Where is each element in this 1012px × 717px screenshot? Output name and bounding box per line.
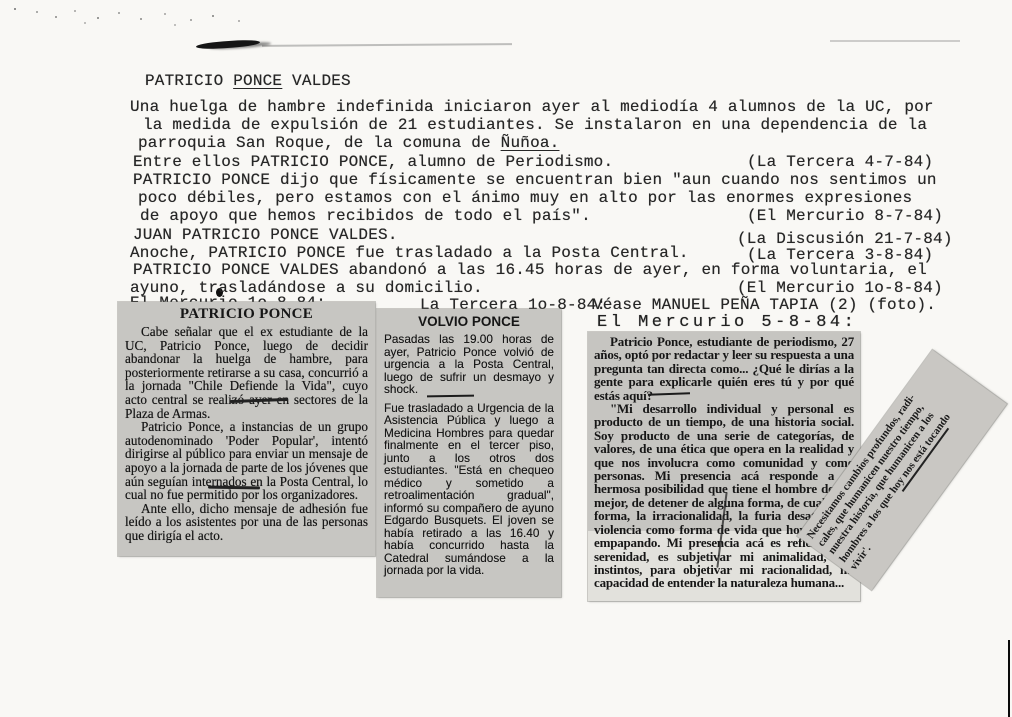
typed-line: Anoche, PATRICIO PONCE fue trasladado a …: [130, 244, 689, 262]
source-citation: (El Mercurio 1o-8-84): [737, 279, 943, 297]
clipping-paragraph: "Mi desarrollo individual y personal es …: [594, 402, 854, 590]
typed-line: JUAN PATRICIO PONCE VALDES.: [133, 226, 398, 244]
page-title-post: VALDES: [282, 72, 351, 90]
clipping-paragraph: Fue trasladado a Urgencia de la Asistenc…: [384, 402, 554, 577]
ink-streak-top-right: [830, 40, 960, 42]
clipping-paragraph: Cabe señalar que el ex estudiante de la …: [125, 325, 368, 420]
ink-streak-top: [262, 43, 512, 47]
typed-line: poco débiles, pero estamos con el ánimo …: [138, 189, 912, 207]
scan-edge-line: [1008, 640, 1010, 717]
ink-smudge-top: [196, 39, 260, 50]
clipping-headline: PATRICIO PONCE: [125, 306, 368, 323]
typed-line: de apoyo que hemos recibidos de todo el …: [140, 207, 591, 225]
clipping-headline: VOLVIO PONCE: [384, 314, 554, 329]
page-title: PATRICIO PONCE VALDES: [145, 72, 351, 90]
source-citation: (La Tercera 4-7-84): [747, 153, 933, 171]
page-title-pre: PATRICIO: [145, 72, 233, 90]
typed-line: la medida de expulsión de 21 estudiantes…: [143, 116, 927, 134]
scanned-press-archive-page: { "colors": { "paper": "#f9f8f5", "clipp…: [0, 0, 1012, 717]
clipping-paragraph: Ante ello, dicho mensaje de adhesión fue…: [125, 502, 368, 543]
clipping-paragraph: Pasadas las 19.00 horas de ayer, Patrici…: [384, 333, 554, 396]
page-title-underlined: PONCE: [233, 72, 282, 90]
typed-line-underlined: Ñuñoa.: [501, 134, 560, 152]
ref-vease: Véase MANUEL PEÑA TAPIA (2) (foto).: [593, 296, 936, 314]
typed-line: PATRICIO PONCE dijo que físicamente se e…: [133, 171, 937, 189]
clipping-el-mercurio-interview: Patricio Ponce, estudiante de periodismo…: [588, 332, 860, 601]
clipping-paragraph: Patricio Ponce, estudiante de periodismo…: [594, 335, 854, 402]
clipping-patricio-ponce: PATRICIO PONCE Cabe señalar que el ex es…: [118, 302, 375, 556]
clipping-source-heading: El Mercurio 5-8-84:: [597, 313, 857, 333]
scan-speckles: [14, 8, 16, 10]
typed-line: parroquia San Roque, de la comuna de Ñuñ…: [138, 134, 559, 152]
typed-line-pre: parroquia San Roque, de la comuna de: [138, 134, 501, 152]
typed-line: Una huelga de hambre indefinida iniciaro…: [130, 98, 934, 116]
typed-line: PATRICIO PONCE VALDES abandonó a las 16.…: [133, 261, 927, 279]
source-citation: (El Mercurio 8-7-84): [747, 207, 943, 225]
clipping-paragraph: Patricio Ponce, a instancias de un grupo…: [125, 420, 368, 502]
typed-line: Entre ellos PATRICIO PONCE, alumno de Pe…: [133, 153, 613, 171]
clipping-volvio-ponce: VOLVIO PONCE Pasadas las 19.00 horas de …: [377, 309, 561, 597]
